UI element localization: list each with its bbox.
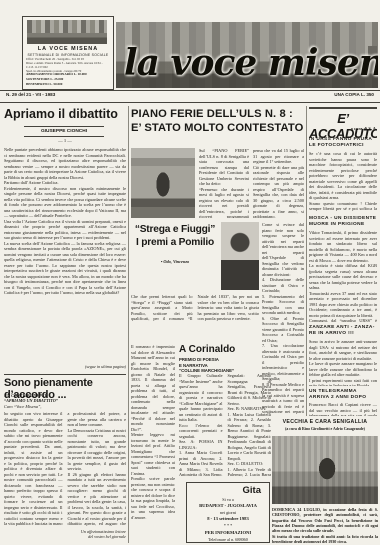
copy-price: UNA COPIA L. 350 [300, 92, 374, 97]
hospital-photo [131, 148, 195, 218]
trip-line: BUDAPEST - JUGOSLAVIA [187, 503, 269, 510]
main-headline-line1: PIANO FERIE DELL’ULS N. 8 : [131, 108, 304, 122]
logo-subscription-rates: ABBONAMENTO ORDINARIO L. 10.000 SOSTENIT… [26, 72, 110, 86]
corinaldo-title: A Corinaldo [179, 344, 271, 355]
vintage-piazza-photo [272, 436, 378, 504]
pomilio-portrait-photo [221, 222, 259, 290]
news-item-body: Sono in arrivo le zanzare anti-zanzare d… [309, 339, 377, 386]
news-item-heading: MOSCA - UN DISSIDENTE MUORE IN PRIGIONE [309, 216, 377, 228]
main-headline-line2: E’ STATO MOLTO CONTESTATO [131, 122, 304, 136]
author-byline: GIUSEPPE CIONCHI [24, 126, 104, 137]
strega-headline: “Strega e Fiuggi” I premi a Pomilio [131, 224, 219, 250]
article-body-accordo: ho seguito con vivo interesse il dibatti… [4, 411, 126, 528]
trip-box-title: Gita [187, 483, 269, 497]
letter-salutation: Caro “Voce Misena”, [4, 404, 126, 409]
issue-number: N. 29 del 21 - VII - 1983 [6, 92, 166, 97]
strega-headline-line2: I premi a Pomilio [131, 237, 219, 250]
section-rule [4, 374, 126, 375]
continued-note: (segue in ultima pagina) [4, 364, 126, 369]
strega-article-continuation: Il romanzo è imperniato sul dolore di Al… [131, 344, 175, 542]
article-body-dibattito: Nelle puntate precedenti abbiamo ipotizz… [4, 147, 126, 363]
vecchia-section-byline: (a cura di Rino Girolimetti e Adrio Casa… [272, 427, 378, 431]
trip-announcement-box: Gita Si va a BUDAPEST - JUGOSLAVIA nei g… [186, 482, 270, 543]
strega-byline: • Odo, Vincenzo [131, 259, 219, 264]
vecchia-section-title: VECCHIA E CARA SENIGALLIA [272, 419, 378, 425]
accaduto-column-byline: a cura di S. A. [309, 126, 377, 131]
strega-article-body: Che due premi letterari quali lo “Strega… [131, 294, 259, 338]
article-title-dibattito: Apriamo il dibattito [4, 107, 126, 121]
newspaper-title: la voce misena [124, 42, 378, 92]
column-rule-left [128, 106, 129, 543]
city-sketch-illustration [27, 20, 107, 44]
letter-signature: Un affezionatissimo lettore del vostro b… [4, 529, 126, 540]
news-item-heading: ZANZARE ANTI - ZANZA- RE IN ARRIVO !!! [309, 325, 377, 337]
news-item-body: Se c’è una cosa di cui le autorità sovie… [309, 151, 377, 213]
uls-article-col1: Sul “PIANO FERIE” dell’ULS n. 8 di Senig… [199, 148, 249, 218]
part-number: — 1 — [4, 138, 126, 143]
trip-line: Telefonare al n. 688060 [187, 537, 269, 543]
news-item-body: Viktor Tomacinski, il primo dissidente s… [309, 230, 377, 322]
logo-title: LA VOCE MISENA [23, 46, 113, 52]
corinaldo-kicker: PREMIO DI POESIA E NARRATIVA “COLLINE MA… [179, 357, 271, 374]
trip-box-lines: Si va a BUDAPEST - JUGOSLAVIA nei giorni… [187, 497, 269, 543]
strega-headline-line1: “Strega e Fiuggi” [131, 224, 219, 237]
news-item-heading: UN TELEGRAMMA ARRIVA 2 ANNI DOPO [309, 389, 377, 401]
trip-line: 8 - 13 settembre 1983 [187, 516, 269, 523]
masthead-logo-box: LA VOCE MISENA SETTIMANALE DI INFORMAZIO… [22, 16, 114, 90]
trip-line: PER INFORMAZIONI [187, 530, 269, 537]
news-item-body: Francesco Bacci di Capiani riceve — dal … [309, 402, 377, 416]
dateline-rule [0, 102, 380, 103]
main-headline: PIANO FERIE DELL’ULS N. 8 : E’ STATO MOL… [131, 108, 304, 135]
header-rule [0, 90, 380, 91]
newspaper-page: LA VOCE MISENA SETTIMANALE DI INFORMAZIO… [0, 0, 380, 545]
article-kicker-accordo: UN CONTRIBUTO PER “APRIAMO UN DIBATTITO” [4, 393, 126, 404]
vintage-photo-caption: DOMENICA 24 LUGLIO, in occasione della f… [272, 507, 378, 543]
column-rule-right [306, 106, 307, 416]
uls-article-col2: pensa che va dal 15 luglio al 31 agosto … [253, 148, 304, 218]
corinaldo-body: Il Gruppo Culturale “Marche Insieme” anc… [179, 373, 271, 478]
accaduto-column-title: E’ ACCADUTO [309, 107, 377, 141]
news-item-heading: IN URSS FANNO PAURA LE FOTOCOPIATRICI [309, 137, 377, 149]
